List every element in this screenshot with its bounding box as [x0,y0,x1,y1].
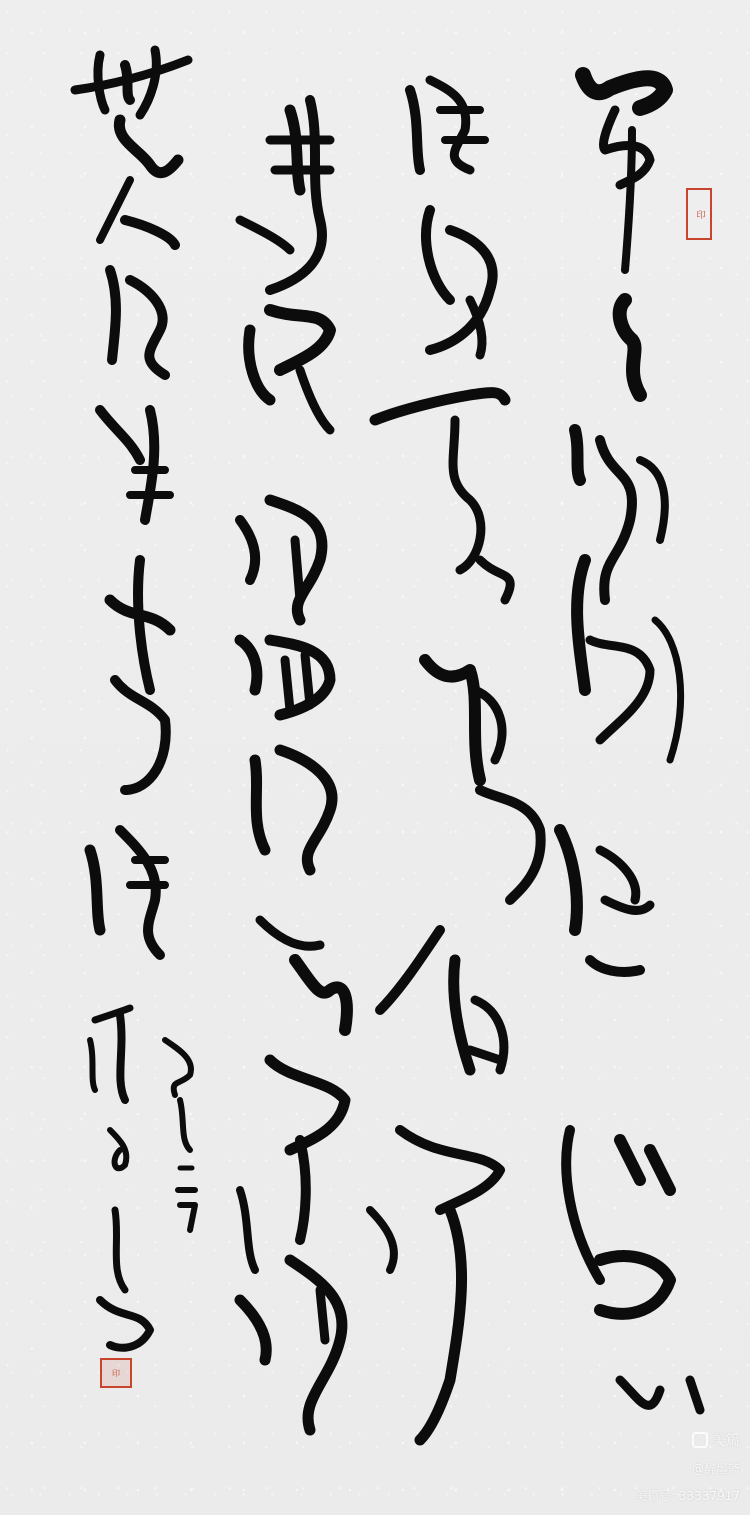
seal-top-right: 印 [686,188,712,240]
seal-text: 印 [111,1369,122,1377]
watermark-id: 美篇号: 33337917 [635,1487,740,1504]
watermark: ◠ 美篇 @醉墨斋 美篇号: 33337917 [635,1430,740,1504]
meipian-logo-icon: ◠ [692,1432,708,1448]
column-2-strokes [370,80,541,1440]
column-4-strokes [75,50,188,955]
calligraphy-artwork: 印 印 ◠ 美篇 @醉墨斋 美篇号: 33337917 [0,0,750,1515]
inscription-strokes [90,1008,255,1348]
column-1-strokes [560,75,700,1410]
calligraphy-strokes [0,0,750,1515]
watermark-brand: ◠ 美篇 [635,1430,740,1450]
seal-bottom-left: 印 [100,1358,132,1388]
watermark-brand-text: 美篇 [712,1430,740,1450]
column-3-strokes [240,100,347,1430]
watermark-user: @醉墨斋 [635,1460,740,1477]
seal-text: 印 [695,210,704,219]
